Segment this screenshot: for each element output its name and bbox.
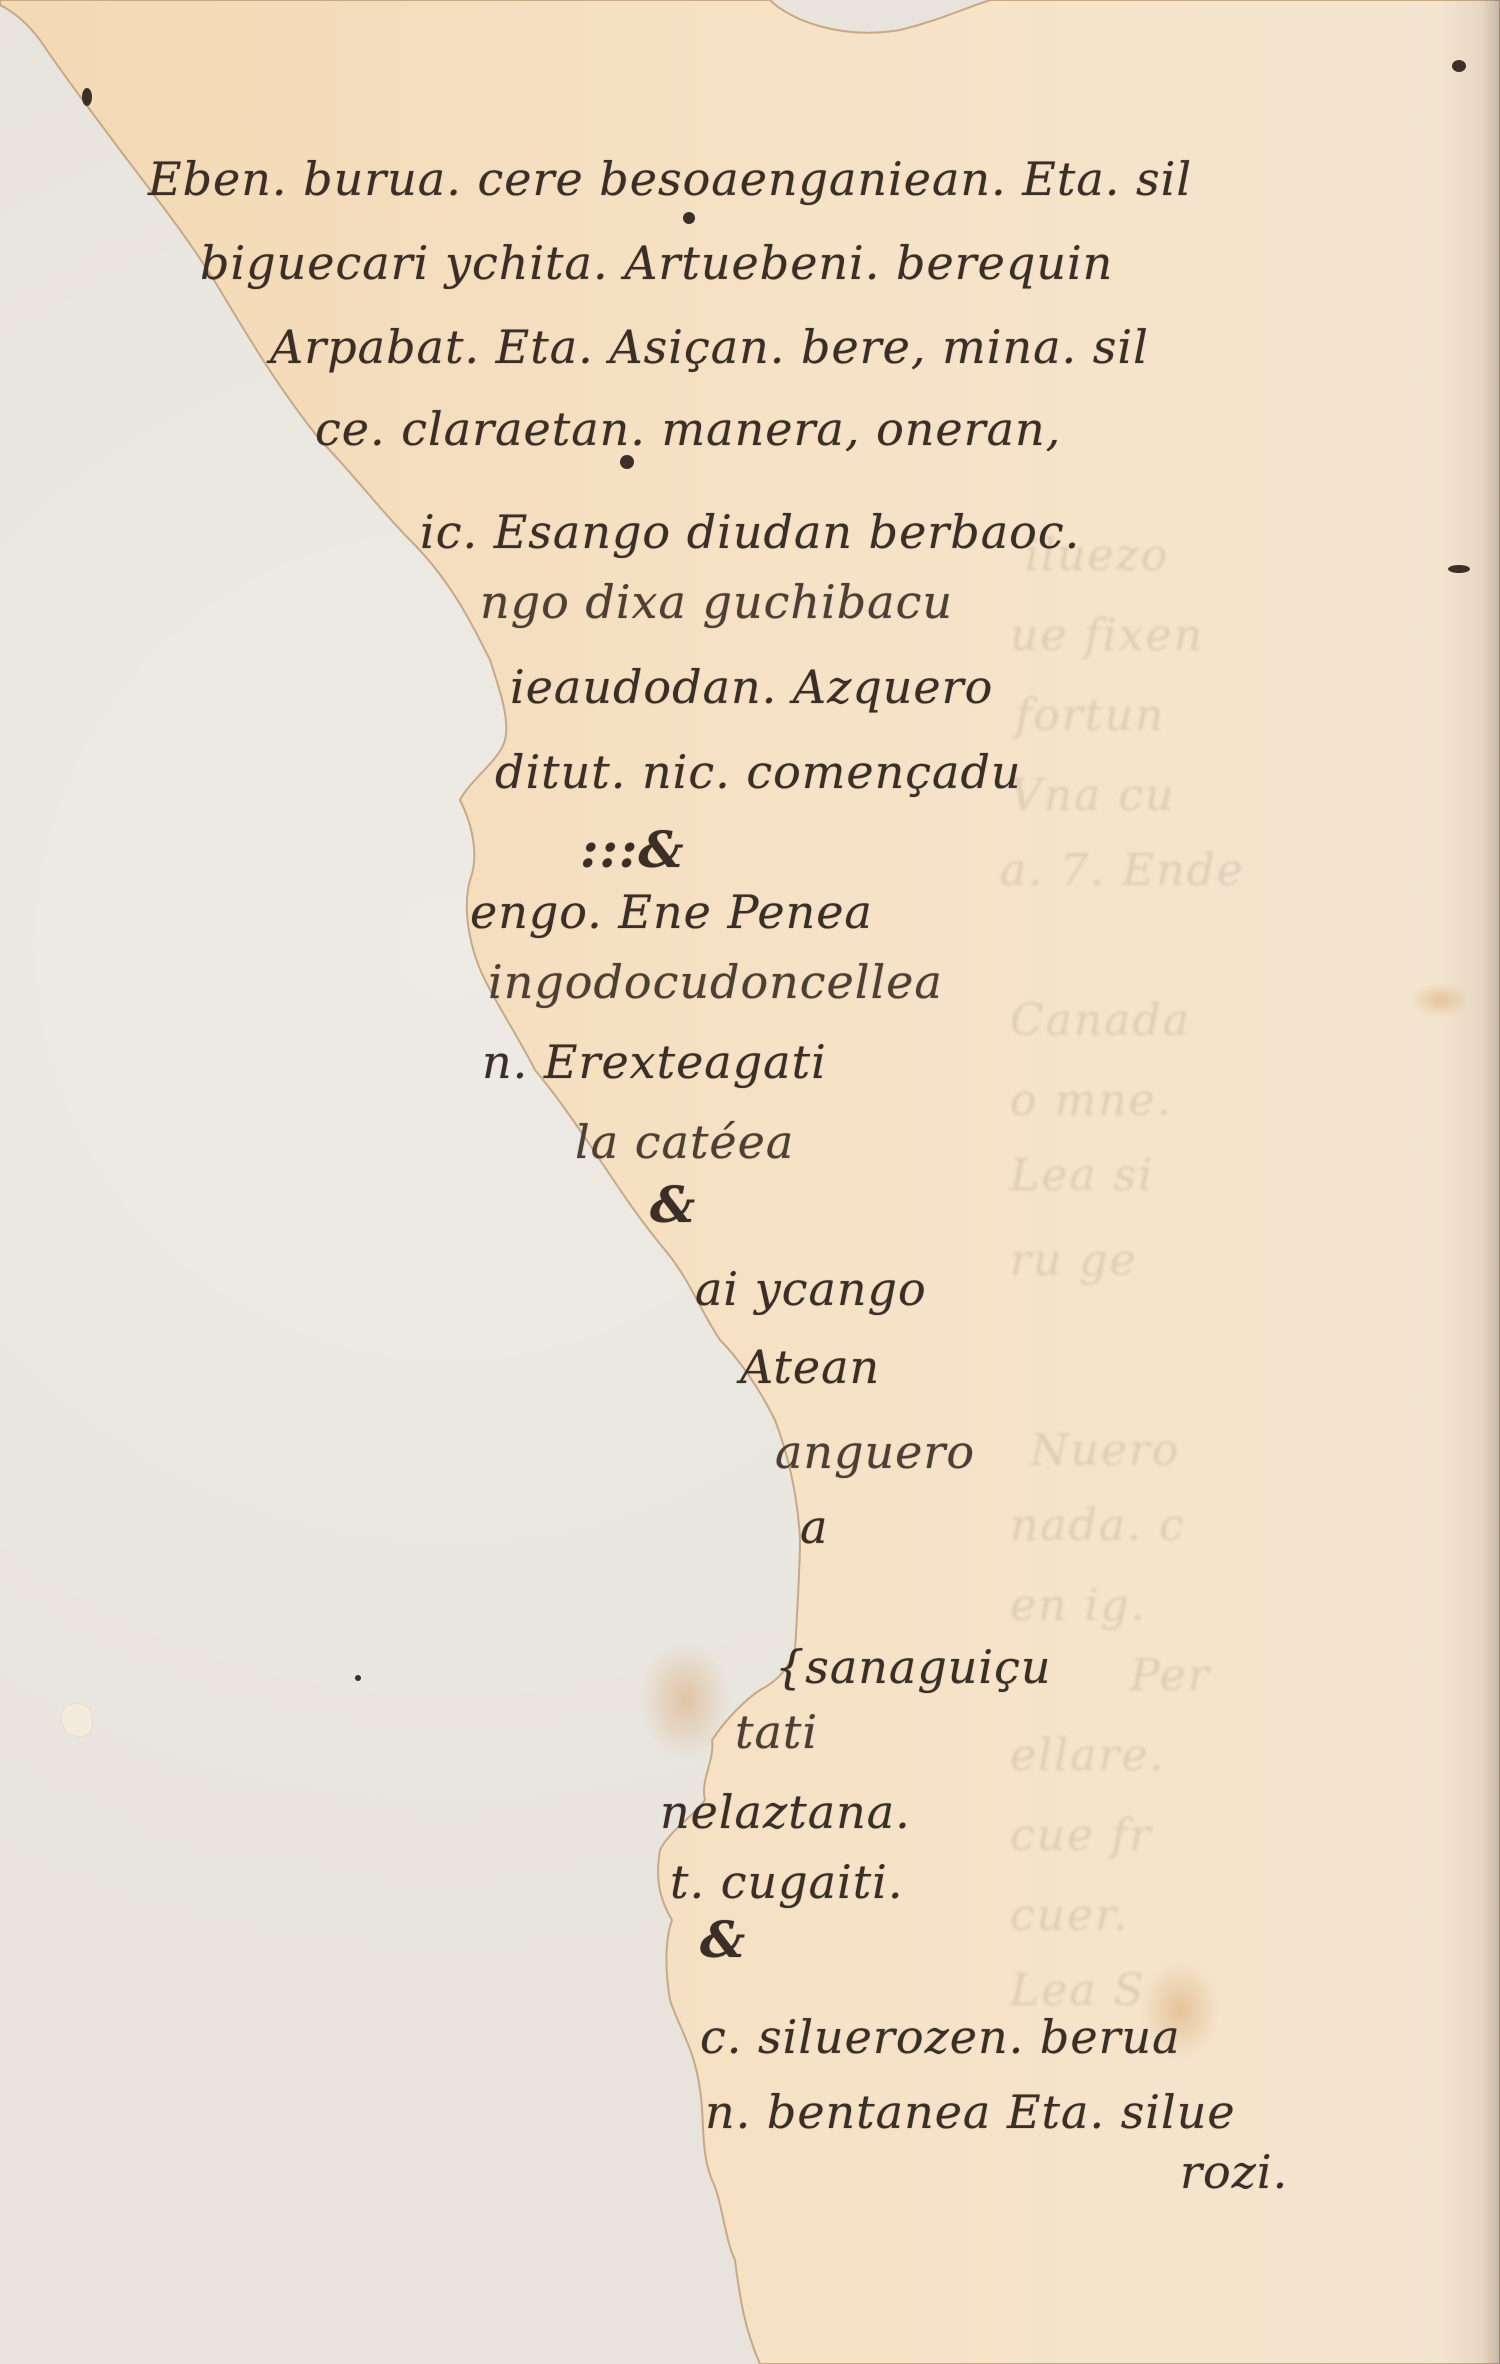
ornament-mark: & (700, 1910, 746, 1969)
manuscript-line: ingodocudoncellea (488, 955, 943, 1009)
bleed-through-text: Canada (1010, 995, 1191, 1046)
bleed-through-text: Nuero (1030, 1425, 1180, 1476)
manuscript-line: ieaudodan. Azquero (510, 660, 993, 714)
ornament-mark: :::& (580, 820, 685, 879)
manuscript-line: {sanaguiçu (775, 1640, 1052, 1694)
ink-fleck (683, 212, 695, 224)
bleed-through-text: cuer. (1010, 1890, 1129, 1941)
manuscript-line: ce. claraetan. manera, oneran, (315, 402, 1061, 456)
bleed-through-text: Per (1130, 1650, 1211, 1701)
bleed-through-text: fortun (1015, 690, 1165, 741)
paper-fragment (62, 1704, 92, 1736)
bleed-through-text: o mne. (1010, 1075, 1173, 1126)
manuscript-line: ngo dixa guchibacu (480, 575, 953, 629)
bleed-through-text: ue fixen (1010, 610, 1204, 661)
manuscript-line: nelaztana. (660, 1785, 911, 1839)
manuscript-line: a (800, 1500, 828, 1554)
bleed-through-text: cue fr (1010, 1810, 1152, 1861)
manuscript-line: engo. Ene Penea (470, 885, 873, 939)
ornament-mark: & (650, 1175, 696, 1234)
manuscript-line: la catéea (575, 1115, 794, 1169)
binding-gutter-shadow (1440, 0, 1500, 2364)
manuscript-line: rozi. (1180, 2145, 1288, 2199)
manuscript-line: Atean (740, 1340, 880, 1394)
manuscript-line: ai ycango (695, 1262, 927, 1316)
bleed-through-text: Vna cu (1010, 770, 1175, 821)
manuscript-line: ic. Esango diudan berbaoc. (420, 505, 1080, 559)
ink-fleck (82, 88, 92, 106)
bleed-through-text: en ig. (1010, 1580, 1147, 1631)
manuscript-line: ditut. nic. començadu (495, 745, 1022, 799)
manuscript-line: anguero (775, 1425, 975, 1479)
bleed-through-text: ru ge (1010, 1235, 1138, 1286)
manuscript-line: c. siluerozen. berua (700, 2010, 1181, 2064)
ink-fleck (355, 1675, 361, 1681)
bleed-through-text: Lea si (1010, 1150, 1154, 1201)
manuscript-line: tati (735, 1705, 818, 1759)
manuscript-line: Arpabat. Eta. Asiçan. bere, mina. sil (270, 320, 1149, 374)
manuscript-line: t. cugaiti. (670, 1855, 904, 1909)
ink-fleck (1448, 565, 1470, 573)
bleed-through-text: nada. c (1010, 1500, 1186, 1551)
manuscript-line: n. Erexteagati (482, 1035, 827, 1089)
manuscript-line: Eben. burua. cere besoaenganiean. Eta. s… (148, 152, 1192, 206)
ink-fleck (1452, 60, 1466, 72)
bleed-through-text: a. 7. Ende (1000, 845, 1245, 896)
bleed-through-text: Lea S (1010, 1965, 1146, 2016)
ink-fleck (620, 455, 634, 469)
bleed-through-text: ellare. (1010, 1730, 1165, 1781)
manuscript-line: n. bentanea Eta. silue (705, 2085, 1236, 2139)
manuscript-line: biguecari ychita. Artuebeni. berequin (200, 236, 1113, 290)
